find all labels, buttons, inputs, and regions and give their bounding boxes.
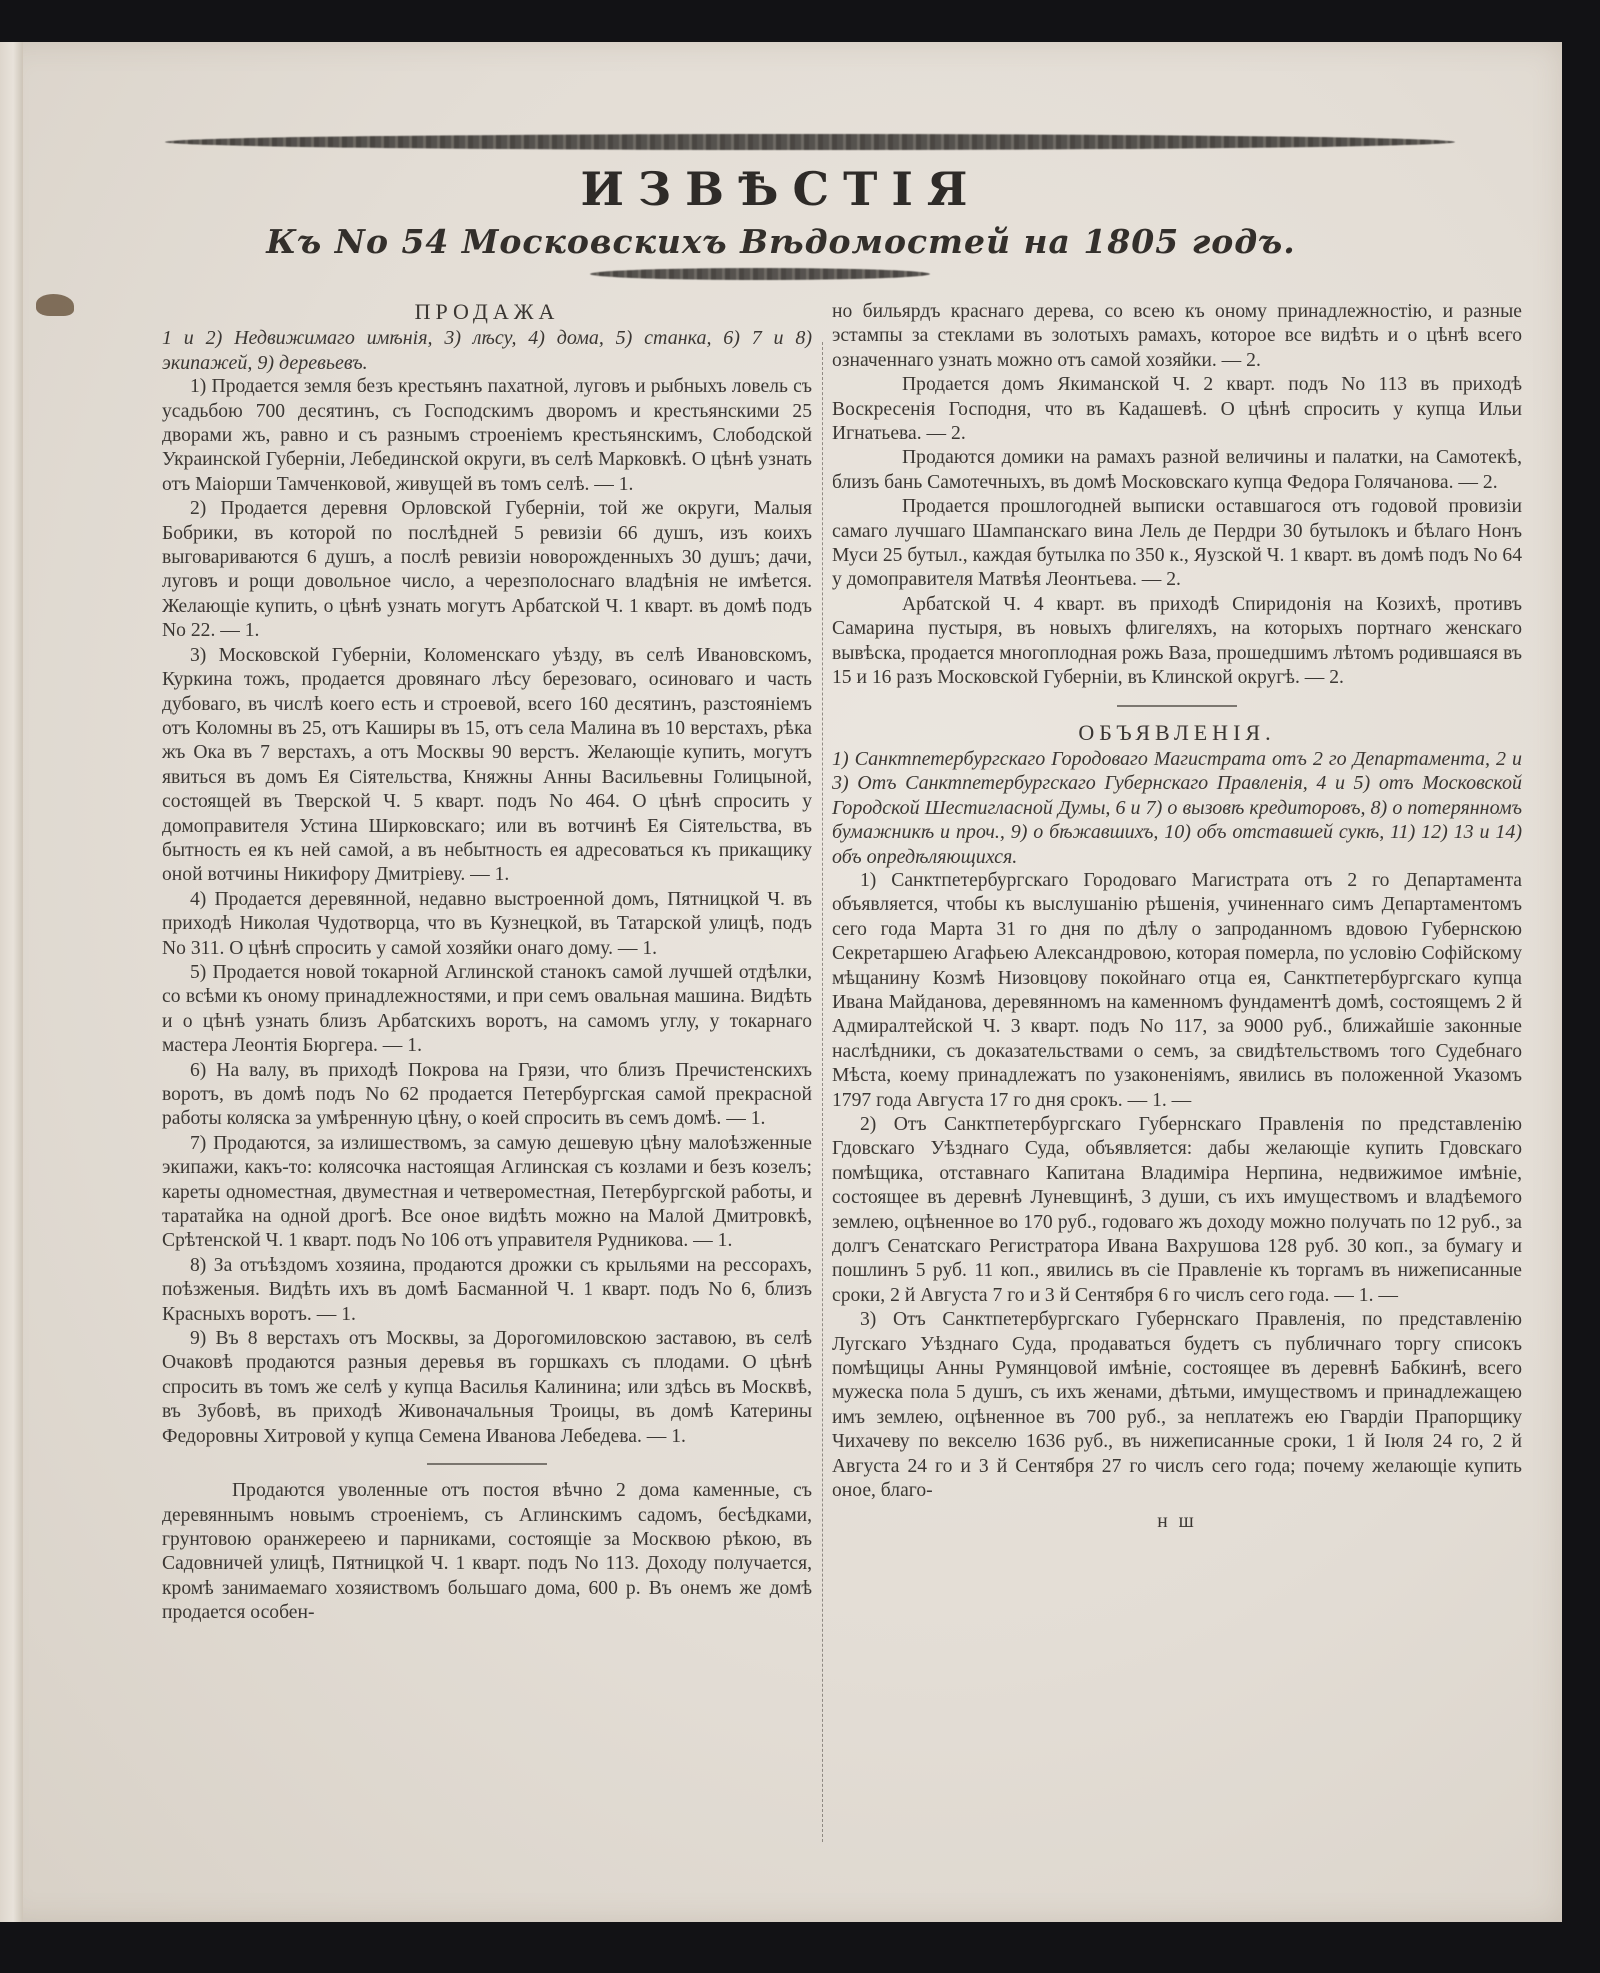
sale-notice: 3) Московской Губерніи, Коломенскаго уѣз… <box>162 644 812 888</box>
sale-notice: 8) За отъѣздомъ хозяина, продаются дрожк… <box>162 1254 812 1327</box>
sale-notice: 6) На валу, въ приходѣ Покрова на Грязи,… <box>162 1059 812 1132</box>
section-title-sales: ПРОДАЖА <box>162 300 812 324</box>
sale-notice: Продается прошлогодней выписки оставшаго… <box>832 495 1522 593</box>
paper-stain <box>36 294 74 316</box>
sale-notice: Продаются домики на рамахъ разной величи… <box>832 446 1522 495</box>
announcements-rubric: 1) Санктпетербургскаго Городоваго Магист… <box>832 747 1522 869</box>
page-title: ИЗВѢСТІЯ <box>0 162 1562 216</box>
left-column: ПРОДАЖА 1 и 2) Недвижимаго имѣнія, 3) лѣ… <box>162 300 812 1626</box>
sale-notice: 9) Въ 8 верстахъ отъ Москвы, за Дорогоми… <box>162 1327 812 1449</box>
top-ornament-rule <box>165 134 1455 150</box>
newspaper-page: ИЗВѢСТІЯ Къ No 54 Московскихъ Вѣдомостей… <box>0 42 1562 1922</box>
announcement-notice: 2) Отъ Санктпетербургскаго Губернскаго П… <box>832 1113 1522 1308</box>
sale-notice-continued: но бильярдъ краснаго дерева, со всею къ … <box>832 300 1522 373</box>
sales-rubric: 1 и 2) Недвижимаго имѣнія, 3) лѣсу, 4) д… <box>162 326 812 375</box>
sale-notice: 4) Продается деревянной, недавно выстрое… <box>162 888 812 961</box>
sale-notice: 1) Продается земля безъ крестьянъ пахатн… <box>162 375 812 497</box>
sale-notice: Арбатской Ч. 4 кварт. въ приходѣ Спиридо… <box>832 593 1522 691</box>
book-gutter <box>0 42 23 1922</box>
announcement-notice: 3) Отъ Санктпетербургскаго Губернскаго П… <box>832 1308 1522 1503</box>
page-subtitle: Къ No 54 Московскихъ Вѣдомостей на 1805 … <box>0 222 1562 261</box>
column-divider <box>822 342 823 1842</box>
sale-notice: Продается домъ Якиманской Ч. 2 кварт. по… <box>832 373 1522 446</box>
right-column: но бильярдъ краснаго дерева, со всею къ … <box>832 300 1522 1534</box>
sale-notice: 2) Продается деревня Орловской Губерніи,… <box>162 497 812 643</box>
printer-signature-mark: н ш <box>832 1510 1522 1534</box>
section-title-announcements: ОБЪЯВЛЕНІЯ. <box>832 721 1522 745</box>
sale-notice-houses: Продаются уволенные отъ постоя вѣчно 2 д… <box>162 1479 812 1625</box>
section-separator-rule <box>427 1463 547 1465</box>
section-separator-rule <box>1117 705 1237 707</box>
subtitle-ornament-rule <box>590 268 930 280</box>
sale-notice: 5) Продается новой токарной Аглинской ст… <box>162 961 812 1059</box>
announcement-notice: 1) Санктпетербургскаго Городоваго Магист… <box>832 869 1522 1113</box>
sale-notice: 7) Продаются, за излишествомъ, за самую … <box>162 1132 812 1254</box>
